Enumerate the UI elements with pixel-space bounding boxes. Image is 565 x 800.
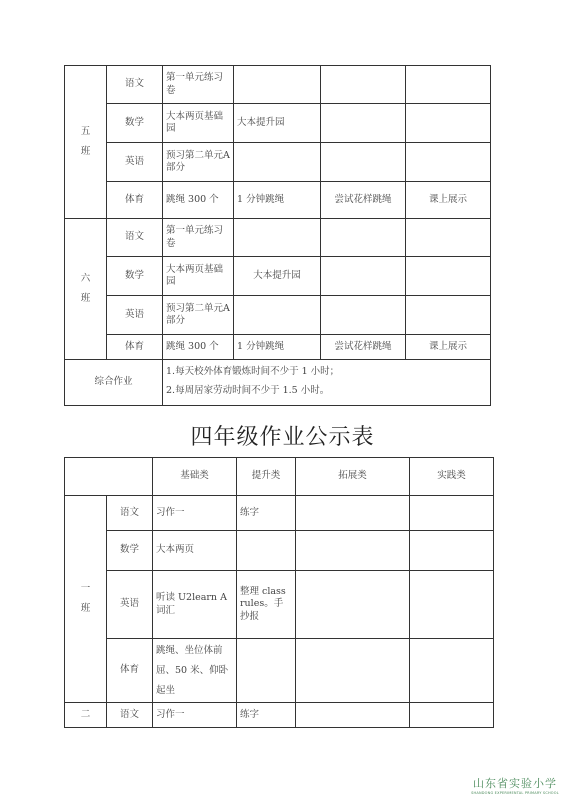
- subject-cell: 体育: [107, 639, 153, 703]
- practice-cell: [406, 257, 491, 296]
- practice-cell: [410, 703, 494, 728]
- comprehensive-items: 1.每天校外体育锻炼时间不少于 1 小时； 2.每周居家劳动时间不少于 1.5 …: [163, 360, 491, 406]
- basic-cell: 预习第二单元A 部分: [163, 296, 234, 335]
- header-basic: 基础类: [153, 458, 237, 496]
- advanced-cell: 练字: [237, 496, 296, 531]
- subject-cell: 英语: [107, 143, 163, 182]
- extended-cell: [296, 639, 410, 703]
- advanced-cell: [234, 66, 321, 104]
- table-row: 数学 大本两页: [65, 531, 494, 571]
- subject-cell: 数学: [107, 531, 153, 571]
- extended-cell: [296, 496, 410, 531]
- extended-cell: [321, 219, 406, 257]
- table-row: 五 班 语文 第一单元练习卷: [65, 66, 491, 104]
- class-label-char: 班: [81, 289, 91, 309]
- advanced-cell: [237, 531, 296, 571]
- advanced-cell: 大本提升园: [234, 104, 321, 143]
- table-row: 英语 预习第二单元A 部分: [65, 143, 491, 182]
- subject-cell: 英语: [107, 296, 163, 335]
- basic-cell: 预习第二单元A 部分: [163, 143, 234, 182]
- table-row: 英语 预习第二单元A 部分: [65, 296, 491, 335]
- basic-cell: 大本两页基础园: [163, 104, 234, 143]
- class-label-5: 五 班: [65, 66, 107, 219]
- table-row: 英语 听读 U2learn A 词汇 整理 class rules。手抄报: [65, 571, 494, 639]
- basic-cell: 第一单元练习卷: [163, 66, 234, 104]
- practice-cell: [406, 296, 491, 335]
- header-practice: 实践类: [410, 458, 494, 496]
- subject-cell: 数学: [107, 104, 163, 143]
- table-row: 体育 跳绳 300 个 1 分钟跳绳 尝试花样跳绳 课上展示: [65, 182, 491, 219]
- extended-cell: [296, 703, 410, 728]
- class-label-char: 一: [81, 579, 91, 599]
- header-advanced: 提升类: [237, 458, 296, 496]
- table-header-row: 基础类 提升类 拓展类 实践类: [65, 458, 494, 496]
- header-extended: 拓展类: [296, 458, 410, 496]
- school-name-cn: 山东省实验小学: [470, 775, 560, 791]
- basic-cell: 跳绳 300 个: [163, 182, 234, 219]
- practice-cell: [410, 639, 494, 703]
- extended-cell: [321, 296, 406, 335]
- comprehensive-item: 2.每周居家劳动时间不少于 1.5 小时。: [166, 381, 487, 400]
- extended-cell: [321, 66, 406, 104]
- subject-cell: 数学: [107, 257, 163, 296]
- subject-cell: 语文: [107, 703, 153, 728]
- homework-table-upper: 五 班 语文 第一单元练习卷 数学 大本两页基础园 大本提升园 英语 预习第二单…: [64, 65, 491, 406]
- basic-cell: 习作一: [153, 496, 237, 531]
- table-row: 一 班 语文 习作一 练字: [65, 496, 494, 531]
- table-row: 体育 跳绳、坐位体前屈、50 米、仰卧起坐: [65, 639, 494, 703]
- subject-cell: 体育: [107, 182, 163, 219]
- basic-cell: 习作一: [153, 703, 237, 728]
- practice-cell: [410, 496, 494, 531]
- class-label-char: 五: [81, 122, 91, 142]
- advanced-cell: 1 分钟跳绳: [234, 335, 321, 360]
- advanced-cell: [234, 296, 321, 335]
- extended-cell: [296, 571, 410, 639]
- extended-cell: [321, 104, 406, 143]
- page-title: 四年级作业公示表: [0, 420, 565, 451]
- basic-cell: 听读 U2learn A 词汇: [153, 571, 237, 639]
- basic-cell: 大本两页: [153, 531, 237, 571]
- basic-cell: 第一单元练习卷: [163, 219, 234, 257]
- class-label-char: 六: [81, 269, 91, 289]
- practice-cell: 课上展示: [406, 182, 491, 219]
- table-row: 数学 大本两页基础园 大本提升园: [65, 257, 491, 296]
- homework-table-grade4: 基础类 提升类 拓展类 实践类 一 班 语文 习作一 练字 数学 大本两页 英语…: [64, 457, 494, 728]
- school-name-en: SHANDONG EXPERIMENTAL PRIMARY SCHOOL: [470, 791, 560, 795]
- header-corner: [65, 458, 153, 496]
- basic-cell: 大本两页基础园: [163, 257, 234, 296]
- class-label-char: 班: [81, 142, 91, 162]
- advanced-cell: 整理 class rules。手抄报: [237, 571, 296, 639]
- basic-cell: 跳绳、坐位体前屈、50 米、仰卧起坐: [153, 639, 237, 703]
- subject-cell: 语文: [107, 66, 163, 104]
- school-logo: 山东省实验小学 SHANDONG EXPERIMENTAL PRIMARY SC…: [470, 775, 560, 795]
- practice-cell: [406, 219, 491, 257]
- subject-cell: 语文: [107, 496, 153, 531]
- extended-cell: [321, 257, 406, 296]
- class-label-1: 一 班: [65, 496, 107, 703]
- extended-cell: [321, 143, 406, 182]
- subject-cell: 语文: [107, 219, 163, 257]
- advanced-cell: [234, 143, 321, 182]
- class-label-2: 二: [65, 703, 107, 728]
- extended-cell: 尝试花样跳绳: [321, 335, 406, 360]
- basic-cell: 跳绳 300 个: [163, 335, 234, 360]
- advanced-cell: 大本提升园: [234, 257, 321, 296]
- class-label-6: 六 班: [65, 219, 107, 360]
- table-row: 六 班 语文 第一单元练习卷: [65, 219, 491, 257]
- advanced-cell: [234, 219, 321, 257]
- subject-cell: 英语: [107, 571, 153, 639]
- practice-cell: [410, 571, 494, 639]
- practice-cell: [406, 104, 491, 143]
- extended-cell: 尝试花样跳绳: [321, 182, 406, 219]
- comprehensive-row: 综合作业 1.每天校外体育锻炼时间不少于 1 小时； 2.每周居家劳动时间不少于…: [65, 360, 491, 406]
- advanced-cell: 1 分钟跳绳: [234, 182, 321, 219]
- practice-cell: 课上展示: [406, 335, 491, 360]
- advanced-cell: 练字: [237, 703, 296, 728]
- comprehensive-label: 综合作业: [65, 360, 163, 406]
- extended-cell: [296, 531, 410, 571]
- practice-cell: [406, 143, 491, 182]
- table-row: 数学 大本两页基础园 大本提升园: [65, 104, 491, 143]
- comprehensive-item: 1.每天校外体育锻炼时间不少于 1 小时；: [166, 362, 487, 381]
- class-label-char: 班: [81, 599, 91, 619]
- advanced-cell: [237, 639, 296, 703]
- practice-cell: [410, 531, 494, 571]
- table-row: 体育 跳绳 300 个 1 分钟跳绳 尝试花样跳绳 课上展示: [65, 335, 491, 360]
- practice-cell: [406, 66, 491, 104]
- table-row: 二 语文 习作一 练字: [65, 703, 494, 728]
- subject-cell: 体育: [107, 335, 163, 360]
